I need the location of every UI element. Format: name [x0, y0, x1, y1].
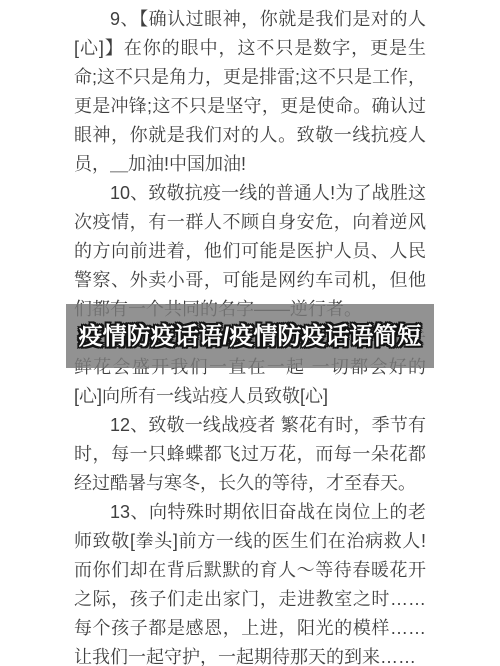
article-page: 9、【确认过眼神，你就是我们是对的人[心]】在你的眼中，这不只是数字，更是生命;… [0, 0, 500, 666]
paragraph-9: 9、【确认过眼神，你就是我们是对的人[心]】在你的眼中，这不只是数字，更是生命;… [74, 5, 426, 179]
title-overlay-banner: 疫情防疫话语/疫情防疫话语简短 [66, 304, 434, 368]
paragraph-13: 13、向特殊时期依旧奋战在岗位上的老师致敬[拳头]前方一线的医生们在治病救人!而… [74, 498, 426, 666]
paragraph-12: 12、致敬一线战疫者 繁花有时，季节有时，每一只蜂蝶都飞过万花，而每一朵花都经过… [74, 411, 426, 498]
overlay-title: 疫情防疫话语/疫情防疫话语简短 [66, 320, 434, 353]
paragraph-10: 10、致敬抗疫一线的普通人!为了战胜这次疫情，有一群人不顾自身安危，向着逆风的方… [74, 179, 426, 324]
